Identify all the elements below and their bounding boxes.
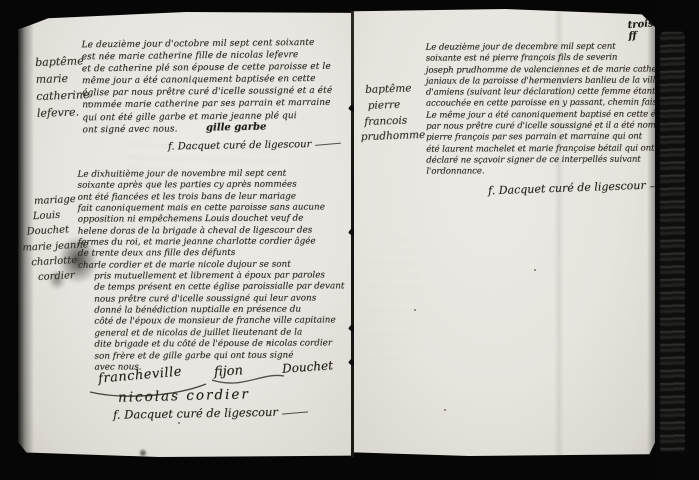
manuscript-line: accouchée en cette paroisse en y passant… bbox=[426, 98, 657, 111]
signature-cure: f. Dacquet curé de ligescour bbox=[168, 138, 342, 152]
left-page: baptême marie catherine lefevre. Le deuz… bbox=[18, 12, 354, 457]
paper-speck bbox=[178, 422, 180, 424]
manuscript-line: dite brigade et du côté de l'épouse de n… bbox=[94, 338, 344, 351]
margin-note-line: prudhomme bbox=[361, 128, 426, 146]
page-block-edges bbox=[660, 32, 685, 452]
margin-note-line: baptême bbox=[35, 52, 89, 71]
signature-cure: f. Dacquet curé de ligescour bbox=[488, 178, 657, 198]
signature-gille-garbe: gille garbe bbox=[206, 121, 267, 133]
right-page: trois ff baptême pierre francois prudhom… bbox=[354, 9, 657, 456]
paper-speck bbox=[414, 309, 416, 311]
book-edge-texture bbox=[655, 0, 699, 480]
manuscript-line: déclaré ne sçavoir signer de ce interpel… bbox=[426, 154, 657, 167]
marriage-record-douchet-cordier: Le dixhuitième jour de novembre mil sept… bbox=[77, 168, 344, 374]
manuscript-line: côté de l'époux de monsieur de franche v… bbox=[94, 316, 344, 329]
paper-speck bbox=[444, 409, 446, 411]
margin-note-bapteme-prudhomme: baptême pierre francois prudhomme bbox=[359, 81, 426, 146]
register-scan: baptême marie catherine lefevre. Le deuz… bbox=[0, 0, 699, 480]
manuscript-line: l'ordonnance. bbox=[426, 166, 657, 179]
paper-speck bbox=[534, 269, 536, 271]
manuscript-line: pierre françois par ses parrain et marra… bbox=[426, 132, 657, 145]
baptism-record-prudhomme: Le deuzième jour de decembre mil sept ce… bbox=[426, 41, 657, 178]
manuscript-line: nous prêtre curé d'icelle soussigné qui … bbox=[94, 293, 344, 306]
folio-marker: trois ff bbox=[627, 18, 657, 42]
signature-fijon: fijon bbox=[214, 363, 244, 379]
baptism-record-lefevre: Le deuzième jour d'octobre mil sept cent… bbox=[82, 37, 333, 136]
paper-stain bbox=[140, 450, 146, 456]
ink-bleedthrough bbox=[362, 239, 422, 359]
signature-cure: f. Dacquet curé de ligescour bbox=[113, 404, 308, 421]
